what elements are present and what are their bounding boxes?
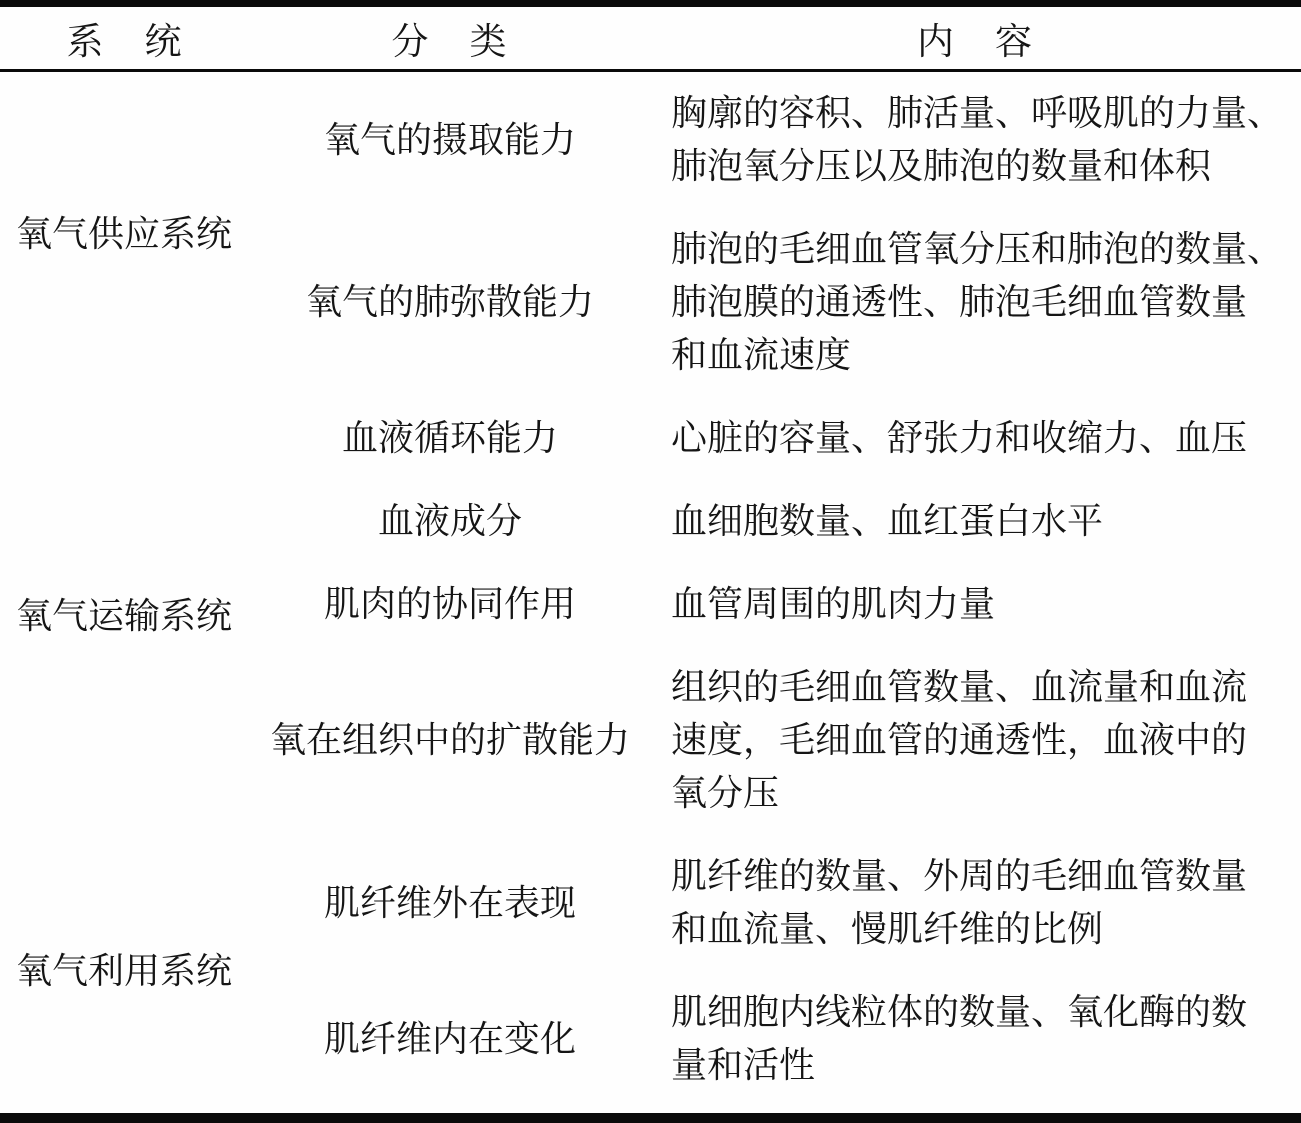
table-row: 氧气运输系统血液循环能力心脏的容量、舒张力和收缩力、血压 [0,397,1301,480]
header-category: 分 类 [250,7,650,71]
table-header: 系 统 分 类 内 容 [0,7,1301,71]
content-cell: 血细胞数量、血红蛋白水平 [650,480,1301,563]
system-cell: 氧气运输系统 [0,397,250,835]
content-cell: 胸廓的容积、肺活量、呼吸肌的力量、 肺泡氧分压以及肺泡的数量和体积 [650,71,1301,209]
content-cell: 血管周围的肌肉力量 [650,563,1301,646]
content-cell: 肌细胞内线粒体的数量、氧化酶的数 量和活性 [650,971,1301,1107]
category-cell: 氧在组织中的扩散能力 [250,646,650,835]
header-system: 系 统 [0,7,250,71]
table-body: 氧气供应系统氧气的摄取能力胸廓的容积、肺活量、呼吸肌的力量、 肺泡氧分压以及肺泡… [0,71,1301,1108]
table-row: 氧气利用系统肌纤维外在表现肌纤维的数量、外周的毛细血管数量 和血流量、慢肌纤维的… [0,835,1301,971]
category-cell: 氧气的肺弥散能力 [250,208,650,397]
header-row: 系 统 分 类 内 容 [0,7,1301,71]
category-cell: 血液循环能力 [250,397,650,480]
system-cell: 氧气供应系统 [0,71,250,398]
system-cell: 氧气利用系统 [0,835,250,1107]
scanned-table-page: 系 统 分 类 内 容 氧气供应系统氧气的摄取能力胸廓的容积、肺活量、呼吸肌的力… [0,0,1301,1123]
oxygen-systems-table: 系 统 分 类 内 容 氧气供应系统氧气的摄取能力胸廓的容积、肺活量、呼吸肌的力… [0,7,1301,1107]
category-cell: 氧气的摄取能力 [250,71,650,209]
category-cell: 肌纤维外在表现 [250,835,650,971]
content-cell: 组织的毛细血管数量、血流量和血流 速度，毛细血管的通透性，血液中的 氧分压 [650,646,1301,835]
content-cell: 心脏的容量、舒张力和收缩力、血压 [650,397,1301,480]
category-cell: 肌肉的协同作用 [250,563,650,646]
content-cell: 肌纤维的数量、外周的毛细血管数量 和血流量、慢肌纤维的比例 [650,835,1301,971]
table-row: 氧气供应系统氧气的摄取能力胸廓的容积、肺活量、呼吸肌的力量、 肺泡氧分压以及肺泡… [0,71,1301,209]
category-cell: 血液成分 [250,480,650,563]
header-content: 内 容 [650,7,1301,71]
category-cell: 肌纤维内在变化 [250,971,650,1107]
content-cell: 肺泡的毛细血管氧分压和肺泡的数量、 肺泡膜的通透性、肺泡毛细血管数量 和血流速度 [650,208,1301,397]
